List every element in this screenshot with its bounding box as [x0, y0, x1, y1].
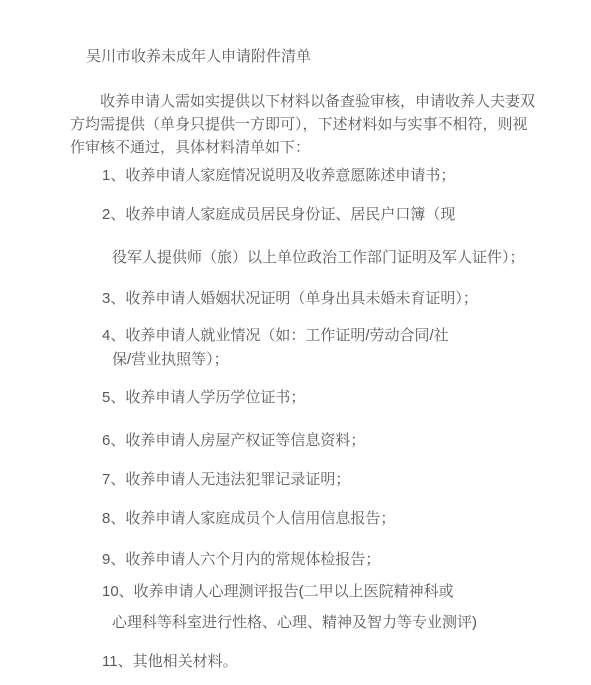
document-line: 方均需提供（单身只提供一方即可），下述材料如与实事不相符，则视 — [70, 114, 551, 136]
document-line: 保/营业执照等）； — [112, 349, 551, 371]
document-line: 9、收养申请人六个月内的常规体检报告； — [102, 549, 551, 571]
document-body: 收养申请人需如实提供以下材料以备查验审核，申请收养人夫妻双方均需提供（单身只提供… — [70, 91, 551, 673]
document-line: 心理科等科室进行性格、心理、精神及智力等专业测评) — [112, 612, 551, 634]
document-line: 3、收养申请人婚姻状况证明（单身出具未婚未育证明）； — [102, 288, 551, 310]
document-line: 11、其他相关材料。 — [102, 651, 551, 673]
document-line: 6、收养申请人房屋产权证等信息资料； — [102, 430, 551, 452]
document-line: 4、收养申请人就业情况（如：工作证明/劳动合同/社 — [102, 325, 551, 347]
document-title: 吴川市收养未成年人申请附件清单 — [86, 46, 551, 68]
document-line: 收养申请人需如实提供以下材料以备查验审核，申请收养人夫妻双 — [100, 91, 551, 113]
document-page: 吴川市收养未成年人申请附件清单 收养申请人需如实提供以下材料以备查验审核，申请收… — [0, 0, 591, 685]
document-line: 5、收养申请人学历学位证书； — [102, 387, 551, 409]
document-line: 1、收养申请人家庭情况说明及收养意愿陈述申请书； — [102, 165, 551, 187]
document-line: 2、收养申请人家庭成员居民身份证、居民户口簿（现 — [102, 204, 551, 226]
document-line: 7、收养申请人无违法犯罪记录证明； — [102, 469, 551, 491]
document-line: 10、收养申请人心理测评报告(二甲以上医院精神科或 — [102, 581, 551, 603]
document-line: 8、收养申请人家庭成员个人信用信息报告； — [102, 508, 551, 530]
document-line: 作审核不通过，具体材料清单如下： — [70, 137, 551, 159]
document-line: 役军人提供师（旅）以上单位政治工作部门证明及军人证件）； — [112, 247, 551, 269]
